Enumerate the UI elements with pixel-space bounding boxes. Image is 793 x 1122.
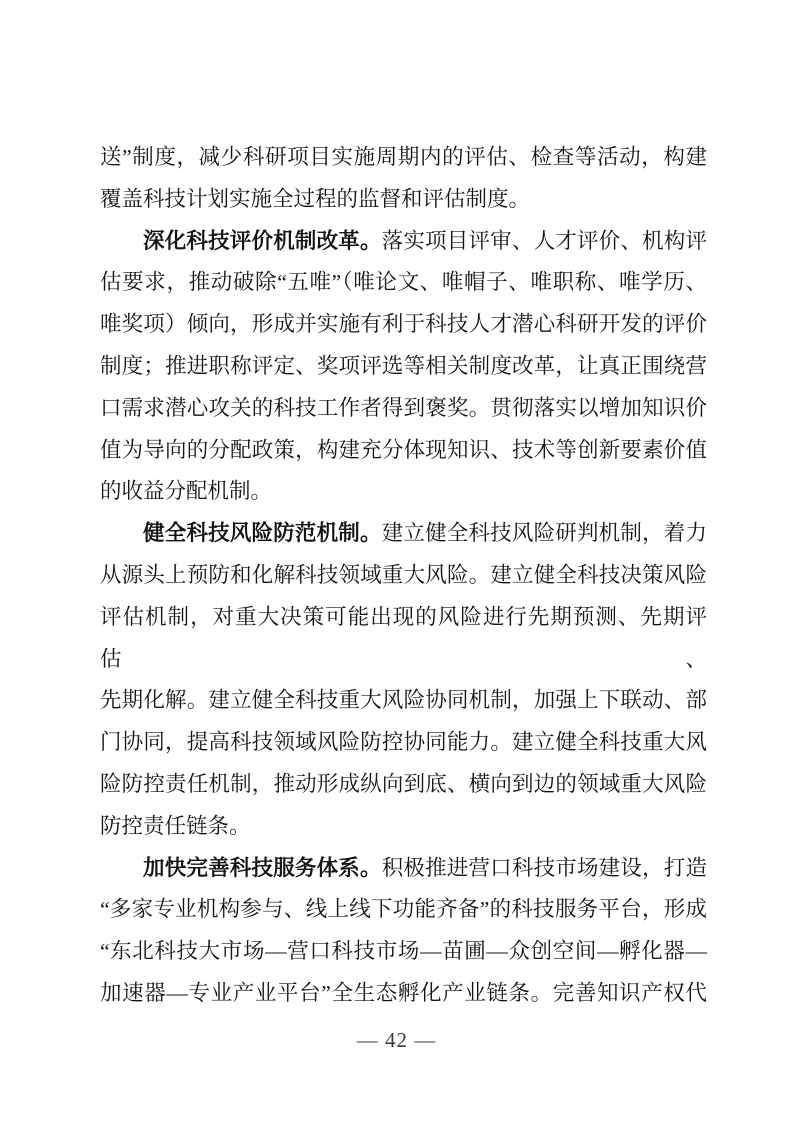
page-number: — 42 —: [357, 1028, 437, 1052]
paragraph-text: 送”制度，减少科研项目实施周期内的评估、检查等活动，构建: [100, 145, 707, 169]
text-line: “东北科技大市场—营口科技市场—苗圃—众创空间—孵化器—: [100, 931, 707, 973]
document-page: 送”制度，减少科研项目实施周期内的评估、检查等活动，构建覆盖科技计划实施全过程的…: [0, 0, 793, 1122]
paragraph-text: 险防控责任机制，推动形成纵向到底、横向到边的领域重大风险: [100, 772, 707, 796]
text-line: 先期化解。建立健全科技重大风险协同机制，加强上下联动、部: [100, 680, 707, 722]
text-line: 从源头上预防和化解科技领域重大风险。建立健全科技决策风险: [100, 555, 707, 597]
text-line: 估要求，推动破除“五唯”（唯论文、唯帽子、唯职称、唯学历、: [100, 262, 707, 304]
paragraph-text: 口需求潜心攻关的科技工作者得到褒奖。贯彻落实以增加知识价: [100, 396, 707, 420]
document-body: 送”制度，减少科研项目实施周期内的评估、检查等活动，构建覆盖科技计划实施全过程的…: [100, 137, 707, 1015]
text-line: 覆盖科技计划实施全过程的监督和评估制度。: [100, 179, 707, 221]
paragraph-text: 先期化解。建立健全科技重大风险协同机制，加强上下联动、部: [100, 688, 707, 712]
paragraph-text: 积极推进营口科技市场建设，打造: [382, 856, 707, 880]
paragraph-text: 唯奖项）倾向，形成并实施有利于科技人才潜心科研开发的评价: [100, 312, 707, 336]
text-line: 加快完善科技服务体系。积极推进营口科技市场建设，打造: [100, 848, 707, 890]
text-line: 险防控责任机制，推动形成纵向到底、横向到边的领域重大风险: [100, 764, 707, 806]
text-line: 值为导向的分配政策，构建充分体现知识、技术等创新要素价值: [100, 430, 707, 472]
text-line: 口需求潜心攻关的科技工作者得到褒奖。贯彻落实以增加知识价: [100, 388, 707, 430]
text-line: 送”制度，减少科研项目实施周期内的评估、检查等活动，构建: [100, 137, 707, 179]
text-line: 防控责任链条。: [100, 806, 707, 848]
paragraph-text: 从源头上预防和化解科技领域重大风险。建立健全科技决策风险: [100, 563, 707, 587]
paragraph-text: “东北科技大市场—营口科技市场—苗圃—众创空间—孵化器—: [100, 939, 707, 963]
text-line: 深化科技评价机制改革。落实项目评审、人才评价、机构评: [100, 221, 707, 263]
paragraph-text: 值为导向的分配政策，构建充分体现知识、技术等创新要素价值: [100, 438, 707, 462]
paragraph-text: 防控责任链条。: [100, 814, 251, 838]
text-line: 评估机制，对重大决策可能出现的风险进行先期预测、先期评估、: [100, 597, 707, 681]
text-line: 制度；推进职称评定、奖项评选等相关制度改革，让真正围绕营: [100, 346, 707, 388]
paragraph-heading: 健全科技风险防范机制。: [143, 521, 382, 545]
paragraph-text: 建立健全科技风险研判机制，着力: [382, 521, 707, 545]
text-line: 的收益分配机制。: [100, 471, 707, 513]
text-line: 门协同，提高科技领域风险防控协同能力。建立健全科技重大风: [100, 722, 707, 764]
paragraph-text: 的收益分配机制。: [100, 479, 272, 503]
page-footer: — 42 —: [0, 1028, 793, 1053]
text-line: 健全科技风险防范机制。建立健全科技风险研判机制，着力: [100, 513, 707, 555]
text-line: 加速器—专业产业平台”全生态孵化产业链条。完善知识产权代: [100, 973, 707, 1015]
paragraph-text: “多家专业机构参与、线上线下功能齐备”的科技服务平台，形成: [100, 897, 707, 921]
paragraph-text: 制度；推进职称评定、奖项评选等相关制度改革，让真正围绕营: [100, 354, 707, 378]
paragraph-text: 估要求，推动破除“五唯”（唯论文、唯帽子、唯职称、唯学历、: [100, 270, 707, 294]
paragraph-heading: 加快完善科技服务体系。: [143, 856, 382, 880]
paragraph-heading: 深化科技评价机制改革。: [143, 229, 382, 253]
text-line: 唯奖项）倾向，形成并实施有利于科技人才潜心科研开发的评价: [100, 304, 707, 346]
paragraph-text: 门协同，提高科技领域风险防控协同能力。建立健全科技重大风: [100, 730, 707, 754]
paragraph-text: 加速器—专业产业平台”全生态孵化产业链条。完善知识产权代: [100, 981, 707, 1005]
text-line: “多家专业机构参与、线上线下功能齐备”的科技服务平台，形成: [100, 889, 707, 931]
paragraph-text: 评估机制，对重大决策可能出现的风险进行先期预测、先期评估、: [100, 605, 707, 671]
paragraph-text: 落实项目评审、人才评价、机构评: [382, 229, 707, 253]
paragraph-text: 覆盖科技计划实施全过程的监督和评估制度。: [100, 187, 530, 211]
